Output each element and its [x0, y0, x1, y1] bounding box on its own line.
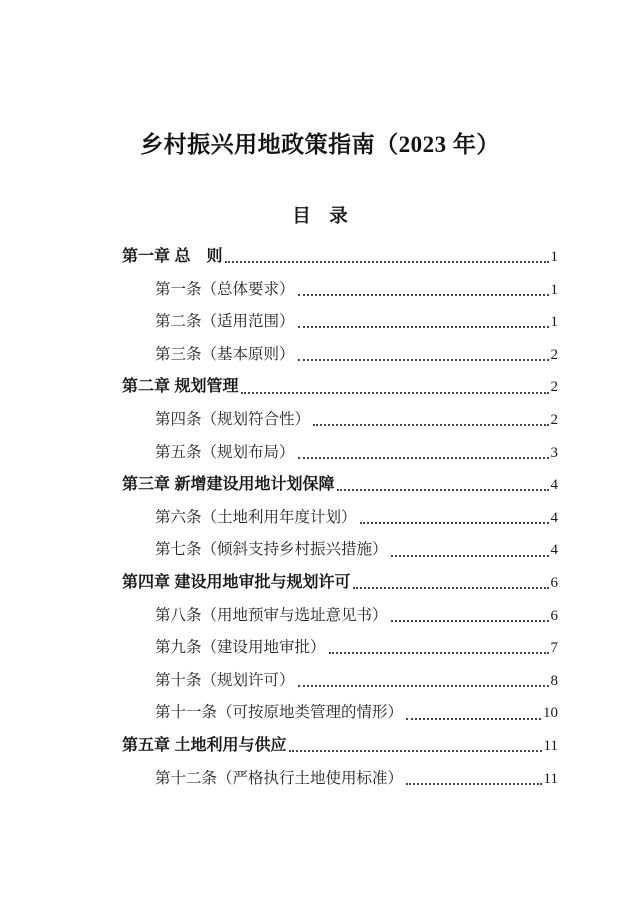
toc-entry: 第二条（适用范围） 1 [122, 306, 558, 339]
toc-heading: 目 录 [0, 202, 640, 228]
toc-entry-page-number: 8 [551, 665, 559, 698]
toc-entry-label: 第十一条（可按原地类管理的情形） [155, 697, 403, 730]
toc-entry: 第二章 规划管理 2 [122, 371, 558, 404]
toc-entry-label: 第一章 总 则 [122, 241, 222, 274]
toc-entry: 第八条（用地预审与选址意见书） 6 [122, 600, 558, 633]
toc-entry-page-number: 1 [551, 274, 559, 307]
toc-entry: 第一章 总 则 1 [122, 241, 558, 274]
toc-entry: 第六条（土地利用年度计划） 4 [122, 502, 558, 535]
toc-dotted-leader [406, 783, 542, 785]
toc-list: 第一章 总 则 1 第一条（总体要求） 1 第二条（适用范围） 1 第三条（基本… [122, 241, 558, 795]
toc-entry-page-number: 4 [551, 469, 559, 502]
toc-dotted-leader [241, 392, 548, 394]
toc-entry-label: 第五章 土地利用与供应 [122, 730, 286, 763]
toc-entry-page-number: 10 [543, 697, 558, 730]
toc-entry-label: 第三条（基本原则） [155, 339, 295, 372]
toc-entry: 第一条（总体要求） 1 [122, 274, 558, 307]
toc-entry: 第九条（建设用地审批） 7 [122, 632, 558, 665]
document-page: 乡村振兴用地政策指南（2023 年） 目 录 第一章 总 则 1 第一条（总体要… [0, 0, 640, 905]
toc-entry-label: 第二章 规划管理 [122, 371, 238, 404]
toc-dotted-leader [298, 359, 549, 361]
toc-entry-label: 第四章 建设用地审批与规划许可 [122, 567, 350, 600]
toc-dotted-leader [391, 620, 549, 622]
toc-entry: 第五条（规划布局） 3 [122, 437, 558, 470]
toc-dotted-leader [329, 652, 549, 654]
toc-entry-page-number: 1 [551, 306, 559, 339]
toc-entry-label: 第八条（用地预审与选址意见书） [155, 600, 388, 633]
toc-entry: 第十一条（可按原地类管理的情形） 10 [122, 697, 558, 730]
toc-entry: 第五章 土地利用与供应 11 [122, 730, 558, 763]
toc-dotted-leader [298, 457, 549, 459]
toc-entry: 第十二条（严格执行土地使用标准） 11 [122, 763, 558, 796]
toc-entry-page-number: 2 [551, 371, 559, 404]
toc-dotted-leader [391, 555, 549, 557]
toc-entry-label: 第十二条（严格执行土地使用标准） [155, 763, 403, 796]
toc-entry-page-number: 7 [551, 632, 559, 665]
toc-entry: 第七条（倾斜支持乡村振兴措施） 4 [122, 534, 558, 567]
toc-dotted-leader [225, 261, 548, 263]
toc-entry-page-number: 2 [551, 339, 559, 372]
toc-entry-label: 第四条（规划符合性） [155, 404, 310, 437]
toc-dotted-leader [313, 424, 548, 426]
toc-entry-label: 第三章 新增建设用地计划保障 [122, 469, 334, 502]
toc-entry-label: 第二条（适用范围） [155, 306, 295, 339]
toc-entry-label: 第七条（倾斜支持乡村振兴措施） [155, 534, 388, 567]
toc-dotted-leader [298, 294, 549, 296]
toc-entry-page-number: 3 [551, 437, 559, 470]
toc-entry-page-number: 4 [551, 534, 559, 567]
toc-entry-label: 第九条（建设用地审批） [155, 632, 326, 665]
toc-entry-page-number: 2 [551, 404, 559, 437]
toc-entry: 第十条（规划许可） 8 [122, 665, 558, 698]
toc-entry-page-number: 11 [544, 763, 558, 796]
toc-dotted-leader [298, 685, 549, 687]
toc-entry-page-number: 6 [551, 600, 559, 633]
toc-entry: 第四章 建设用地审批与规划许可 6 [122, 567, 558, 600]
toc-entry-page-number: 11 [544, 730, 558, 763]
toc-entry-label: 第十条（规划许可） [155, 665, 295, 698]
toc-entry-label: 第一条（总体要求） [155, 274, 295, 307]
toc-entry: 第三章 新增建设用地计划保障 4 [122, 469, 558, 502]
toc-entry: 第四条（规划符合性） 2 [122, 404, 558, 437]
toc-dotted-leader [360, 522, 549, 524]
toc-entry: 第三条（基本原则） 2 [122, 339, 558, 372]
toc-dotted-leader [406, 718, 541, 720]
toc-dotted-leader [353, 587, 548, 589]
toc-dotted-leader [337, 489, 548, 491]
toc-entry-page-number: 4 [551, 502, 559, 535]
toc-entry-label: 第五条（规划布局） [155, 437, 295, 470]
toc-entry-label: 第六条（土地利用年度计划） [155, 502, 357, 535]
toc-entry-page-number: 1 [551, 241, 559, 274]
toc-entry-page-number: 6 [551, 567, 559, 600]
document-title: 乡村振兴用地政策指南（2023 年） [0, 0, 640, 159]
toc-dotted-leader [298, 326, 549, 328]
toc-dotted-leader [289, 750, 541, 752]
